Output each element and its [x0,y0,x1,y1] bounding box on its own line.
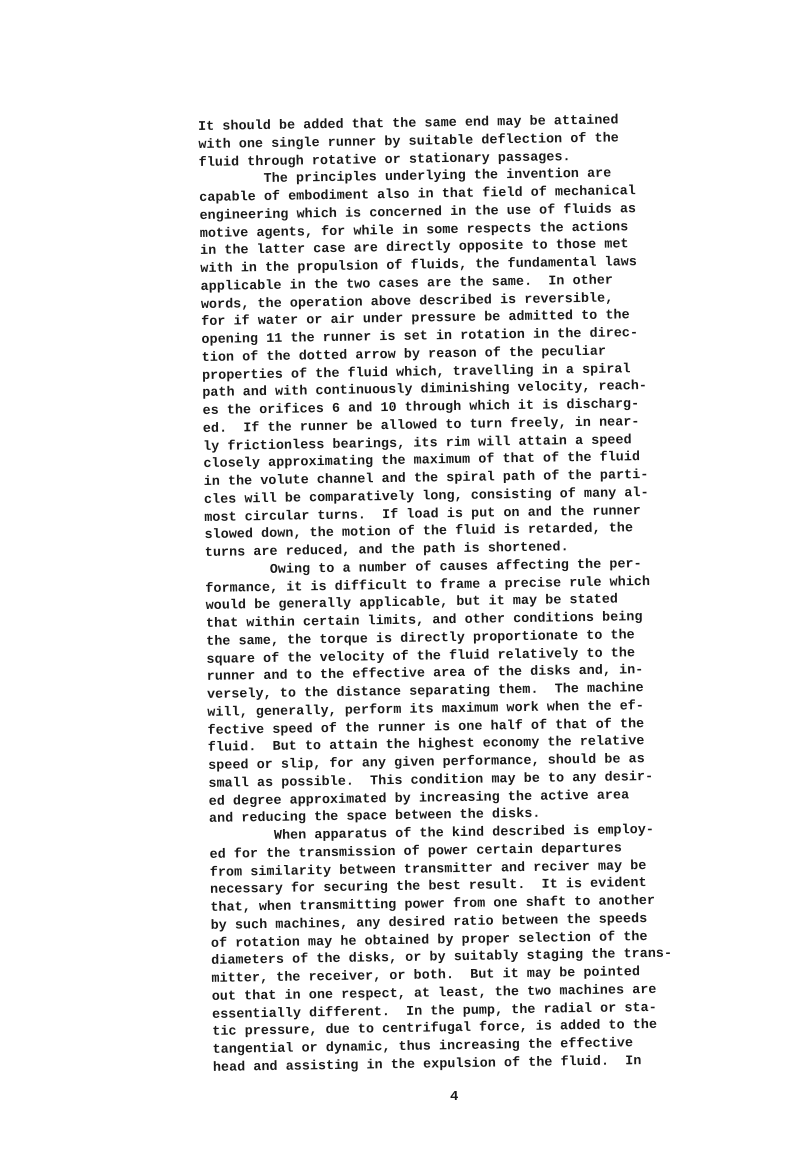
page-number: 4 [450,1089,458,1105]
body-text: It should be added that the same end may… [198,110,773,1077]
document-page: It should be added that the same end may… [0,0,807,1149]
